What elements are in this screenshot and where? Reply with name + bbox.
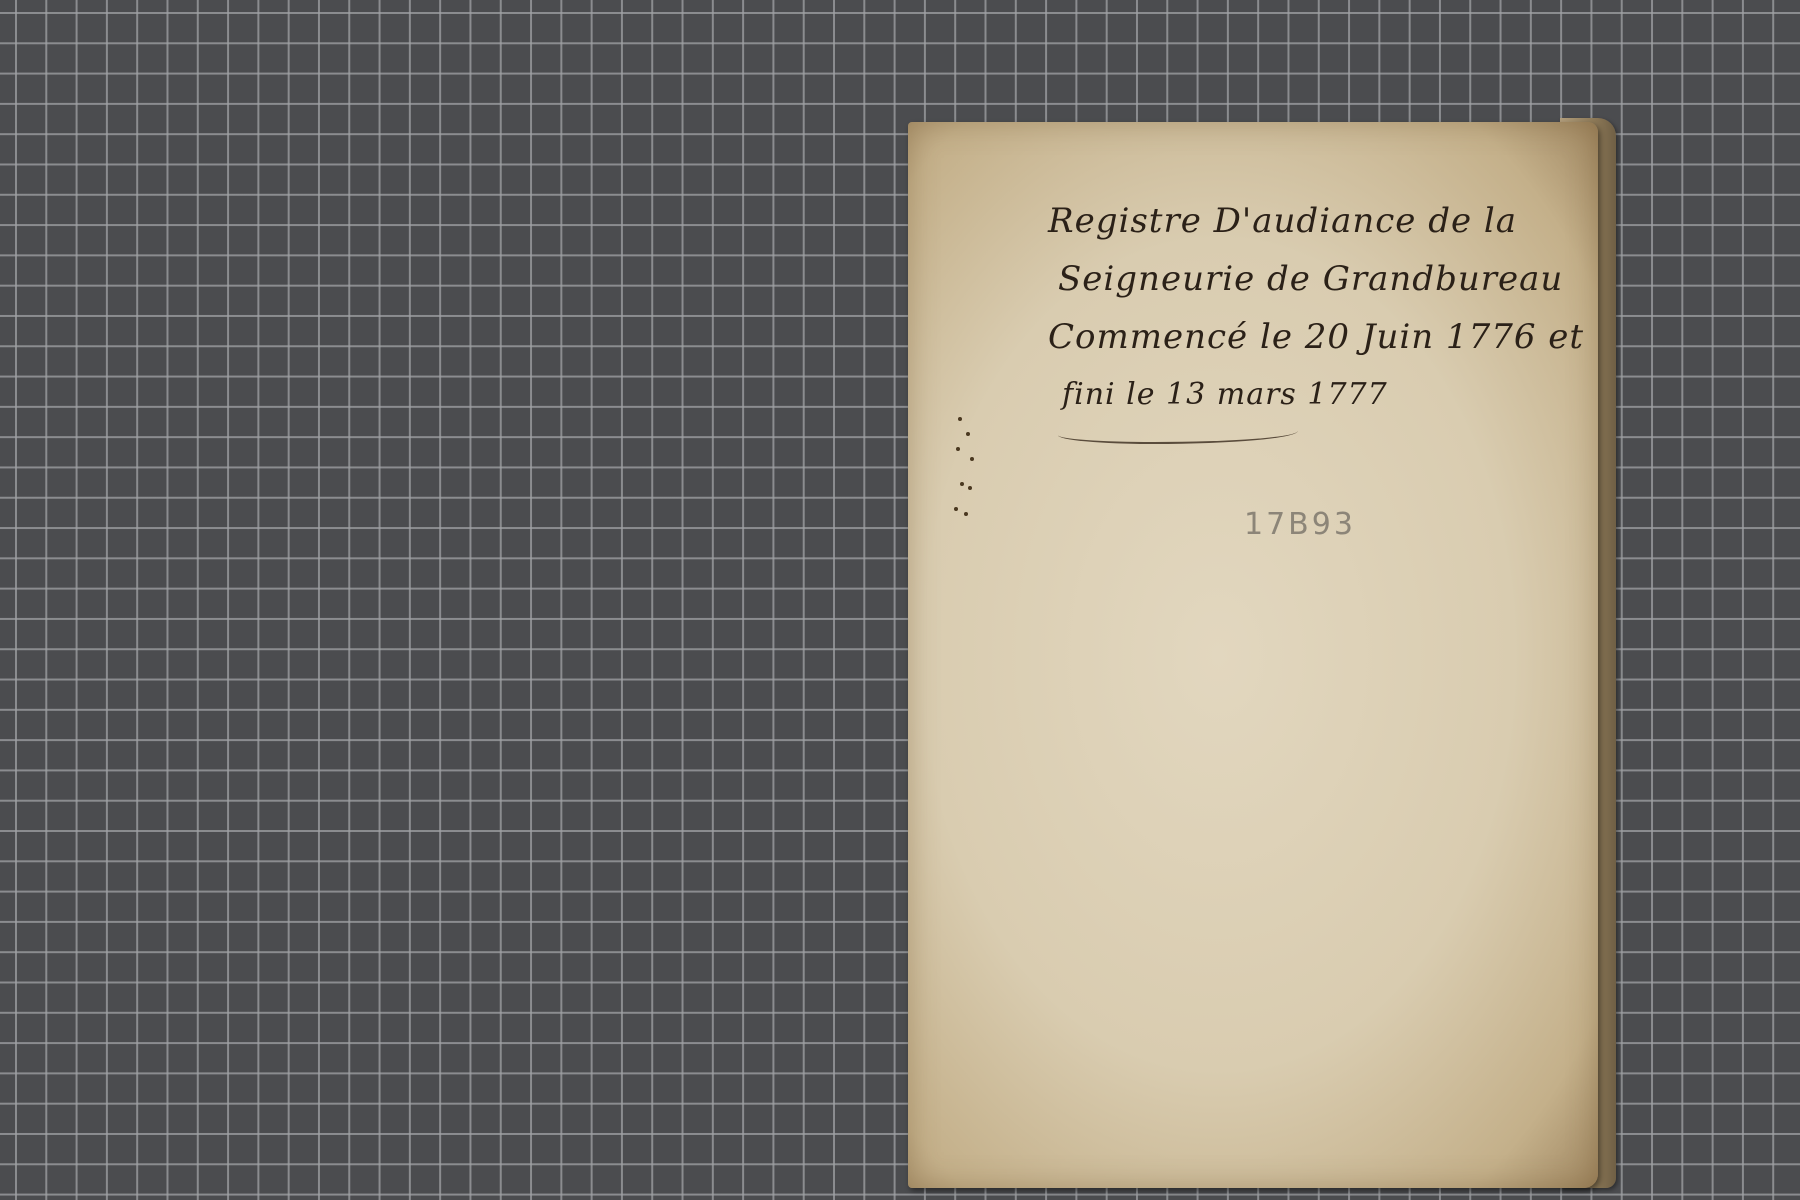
archive-call-number: 17B93 [1244,507,1356,542]
foxing-spots [948,412,988,522]
title-line-2: Seigneurie de Grandbureau [1048,250,1568,308]
title-line-1: Registre D'audiance de la [1048,192,1568,250]
title-line-3: Commencé le 20 Juin 1776 et [1048,308,1568,366]
register-cover-page: Registre D'audiance de la Seigneurie de … [908,122,1598,1188]
handwritten-title: Registre D'audiance de la Seigneurie de … [1048,192,1568,424]
title-line-4: fini le 13 mars 1777 [1048,366,1568,424]
underline-flourish [1058,422,1298,444]
